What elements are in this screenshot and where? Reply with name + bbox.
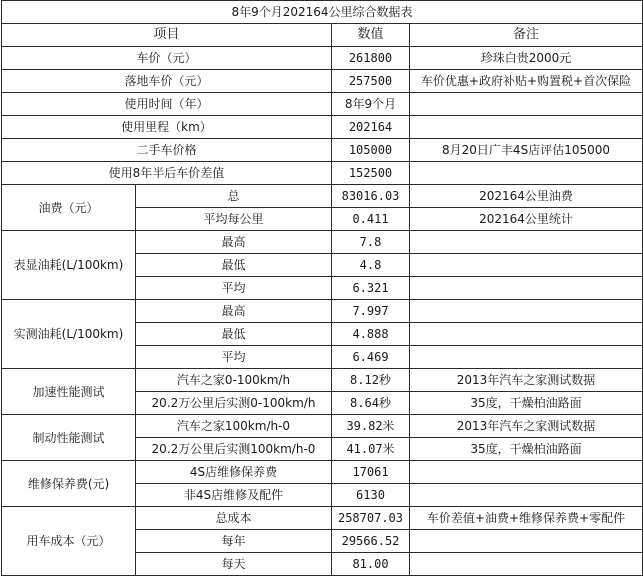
- sub-label: 20.2万公里后实测0-100km/h: [136, 392, 332, 415]
- header-row: 项目 数值 备注: [2, 24, 643, 47]
- row-note: [410, 530, 643, 553]
- table-row-price: 车价（元） 261800 珍珠白贵2000元: [2, 47, 643, 70]
- group-label-acceleration: 加速性能测试: [2, 369, 136, 415]
- row-value: 41.07米: [332, 438, 410, 461]
- row-label: 车价（元）: [2, 47, 332, 70]
- group-label-braking: 制动性能测试: [2, 415, 136, 461]
- row-value: 8年9个月: [332, 93, 410, 116]
- row-label: 使用里程（km）: [2, 116, 332, 139]
- row-value: 39.82米: [332, 415, 410, 438]
- sub-label: 非4S店维修及配件: [136, 484, 332, 507]
- row-value: 258707.03: [332, 507, 410, 530]
- row-value: 7.8: [332, 231, 410, 254]
- row-value: 4.888: [332, 323, 410, 346]
- sub-label: 汽车之家100km/h-0: [136, 415, 332, 438]
- row-value: 6.321: [332, 277, 410, 300]
- sub-label: 总: [136, 185, 332, 208]
- row-value: 17061: [332, 461, 410, 484]
- table-row-usage-time: 使用时间（年） 8年9个月: [2, 93, 643, 116]
- table-row-depreciation: 使用8年半后车价差值 152500: [2, 162, 643, 185]
- table-row: 制动性能测试 汽车之家100km/h-0 39.82米 2013年汽车之家测试数…: [2, 415, 643, 438]
- title-row: 8年9个月202164公里综合数据表: [2, 1, 643, 24]
- group-label-cost: 用车成本（元）: [2, 507, 136, 576]
- table-row: 维修保养费(元) 4S店维修保养费 17061: [2, 461, 643, 484]
- table-row-used-price: 二手车价格 105000 8月20日广丰4S店评估105000: [2, 139, 643, 162]
- sub-label: 最低: [136, 323, 332, 346]
- row-note: 车价差值+油费+维修保养费+零配件: [410, 507, 643, 530]
- row-value: 261800: [332, 47, 410, 70]
- row-note: [410, 300, 643, 323]
- row-value: 8.64秒: [332, 392, 410, 415]
- row-note: 35度，干燥柏油路面: [410, 392, 643, 415]
- row-value: 7.997: [332, 300, 410, 323]
- sub-label: 每天: [136, 553, 332, 576]
- header-item: 项目: [2, 24, 332, 47]
- sub-label: 4S店维修保养费: [136, 461, 332, 484]
- row-note: 车价优惠+政府补贴+购置税+首次保险: [410, 70, 643, 93]
- sub-label: 汽车之家0-100km/h: [136, 369, 332, 392]
- table-row: 加速性能测试 汽车之家0-100km/h 8.12秒 2013年汽车之家测试数据: [2, 369, 643, 392]
- row-label: 使用8年半后车价差值: [2, 162, 332, 185]
- row-value: 4.8: [332, 254, 410, 277]
- sub-label: 平均: [136, 277, 332, 300]
- sub-label: 平均: [136, 346, 332, 369]
- table-row: 用车成本（元） 总成本 258707.03 车价差值+油费+维修保养费+零配件: [2, 507, 643, 530]
- row-label: 落地车价（元）: [2, 70, 332, 93]
- row-value: 105000: [332, 139, 410, 162]
- row-note: [410, 116, 643, 139]
- row-value: 6130: [332, 484, 410, 507]
- row-value: 152500: [332, 162, 410, 185]
- row-value: 83016.03: [332, 185, 410, 208]
- row-note: 8月20日广丰4S店评估105000: [410, 139, 643, 162]
- sub-label: 20.2万公里后实测100km/h-0: [136, 438, 332, 461]
- header-note: 备注: [410, 24, 643, 47]
- table-row: 实测油耗(L/100km) 最高 7.997: [2, 300, 643, 323]
- row-note: 202164公里统计: [410, 208, 643, 231]
- row-note: 2013年汽车之家测试数据: [410, 415, 643, 438]
- row-note: [410, 254, 643, 277]
- row-value: 6.469: [332, 346, 410, 369]
- row-value: 8.12秒: [332, 369, 410, 392]
- row-value: 0.411: [332, 208, 410, 231]
- group-label-maintenance: 维修保养费(元): [2, 461, 136, 507]
- sub-label: 最高: [136, 300, 332, 323]
- table-row-landed-price: 落地车价（元） 257500 车价优惠+政府补贴+购置税+首次保险: [2, 70, 643, 93]
- row-note: [410, 323, 643, 346]
- header-value: 数值: [332, 24, 410, 47]
- row-value: 202164: [332, 116, 410, 139]
- row-note: 35度，干燥柏油路面: [410, 438, 643, 461]
- row-label: 二手车价格: [2, 139, 332, 162]
- row-note: [410, 346, 643, 369]
- sub-label: 每年: [136, 530, 332, 553]
- row-value: 81.00: [332, 553, 410, 576]
- table-row: 油费（元） 总 83016.03 202164公里油费: [2, 185, 643, 208]
- row-note: [410, 461, 643, 484]
- group-label-fuel-cost: 油费（元）: [2, 185, 136, 231]
- row-note: 珍珠白贵2000元: [410, 47, 643, 70]
- row-note: [410, 162, 643, 185]
- row-note: [410, 93, 643, 116]
- row-note: 202164公里油费: [410, 185, 643, 208]
- sub-label: 平均每公里: [136, 208, 332, 231]
- sub-label: 最高: [136, 231, 332, 254]
- row-note: [410, 231, 643, 254]
- table-row: 表显油耗(L/100km) 最高 7.8: [2, 231, 643, 254]
- sub-label: 总成本: [136, 507, 332, 530]
- table-title: 8年9个月202164公里综合数据表: [2, 1, 643, 24]
- row-label: 使用时间（年）: [2, 93, 332, 116]
- table-row-mileage: 使用里程（km） 202164: [2, 116, 643, 139]
- row-value: 29566.52: [332, 530, 410, 553]
- data-table: 8年9个月202164公里综合数据表 项目 数值 备注 车价（元） 261800…: [1, 0, 643, 576]
- row-note: [410, 553, 643, 576]
- row-note: [410, 277, 643, 300]
- sub-label: 最低: [136, 254, 332, 277]
- row-note: [410, 484, 643, 507]
- group-label-display-consumption: 表显油耗(L/100km): [2, 231, 136, 300]
- row-note: 2013年汽车之家测试数据: [410, 369, 643, 392]
- row-value: 257500: [332, 70, 410, 93]
- group-label-measured-consumption: 实测油耗(L/100km): [2, 300, 136, 369]
